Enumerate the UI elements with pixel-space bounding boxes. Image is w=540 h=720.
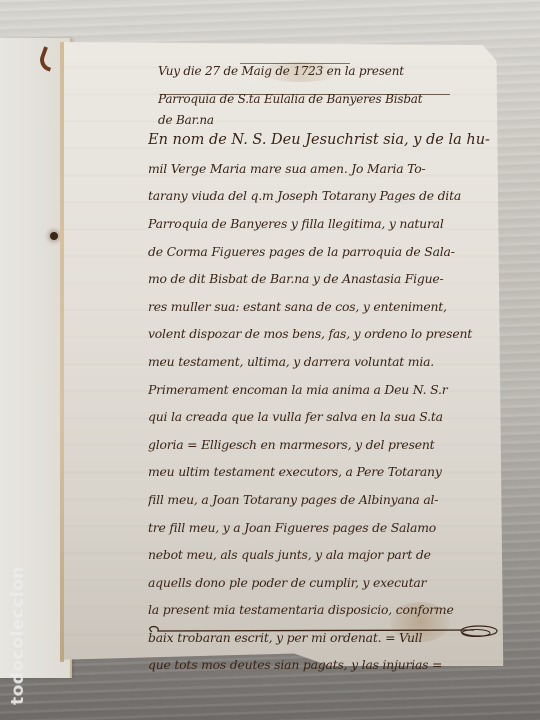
body-line: gloria = Elligesch en marmesors, y del p… [148, 431, 508, 459]
body-line: meu ultim testament executors, a Pere To… [148, 458, 508, 486]
body-line: volent dispozar de mos bens, fas, y orde… [148, 320, 508, 348]
body-line: qui la creada que la vulla fer salva en … [148, 403, 508, 431]
body-line: la present mia testamentaria disposicio,… [148, 596, 508, 624]
body-line: tarany viuda del q.m Joseph Totarany Pag… [148, 182, 508, 210]
page-edge-discoloration [60, 42, 64, 662]
body-line: nebot meu, als quals junts, y ala major … [148, 541, 508, 569]
body-line: res muller sua: estant sana de cos, y en… [148, 293, 508, 321]
watermark-text: todocoleccion [8, 545, 32, 705]
body-line: En nom de N. S. Deu Jesuchrist sia, y de… [148, 127, 508, 155]
header-line: Parroquia de S.ta Eulalia de Banyeres Bi… [148, 86, 508, 114]
body-line: Parroquia de Banyeres y filla llegitima,… [148, 210, 508, 238]
body-line: mil Verge Maria mare sua amen. Jo Maria … [148, 155, 508, 183]
body-line: fill meu, a Joan Totarany pages de Albin… [148, 486, 508, 514]
ink-blot [37, 46, 58, 71]
body-line: Primerament encoman la mia anima a Deu N… [148, 376, 508, 404]
body-line: tre fill meu, y a Joan Figueres pages de… [148, 514, 508, 542]
header-line: Vuy die 27 de Maig de 1723 en la present [148, 58, 508, 86]
ink-spot [50, 232, 58, 240]
body-line: que tots mos deutes sian pagats, y las i… [148, 651, 508, 679]
body-line: de Corma Figueres pages de la parroquia … [148, 238, 508, 266]
body-line: mo de dit Bisbat de Bar.na y de Anastasi… [148, 265, 508, 293]
body-line: aquells dono ple poder de cumplir, y exe… [148, 569, 508, 597]
body-line: meu testament, ultima, y darrera volunta… [148, 348, 508, 376]
closing-flourish-line [144, 622, 500, 640]
manuscript-text: Vuy die 27 de Maig de 1723 en la present… [148, 58, 508, 679]
header-line: de Bar.na [148, 113, 508, 127]
